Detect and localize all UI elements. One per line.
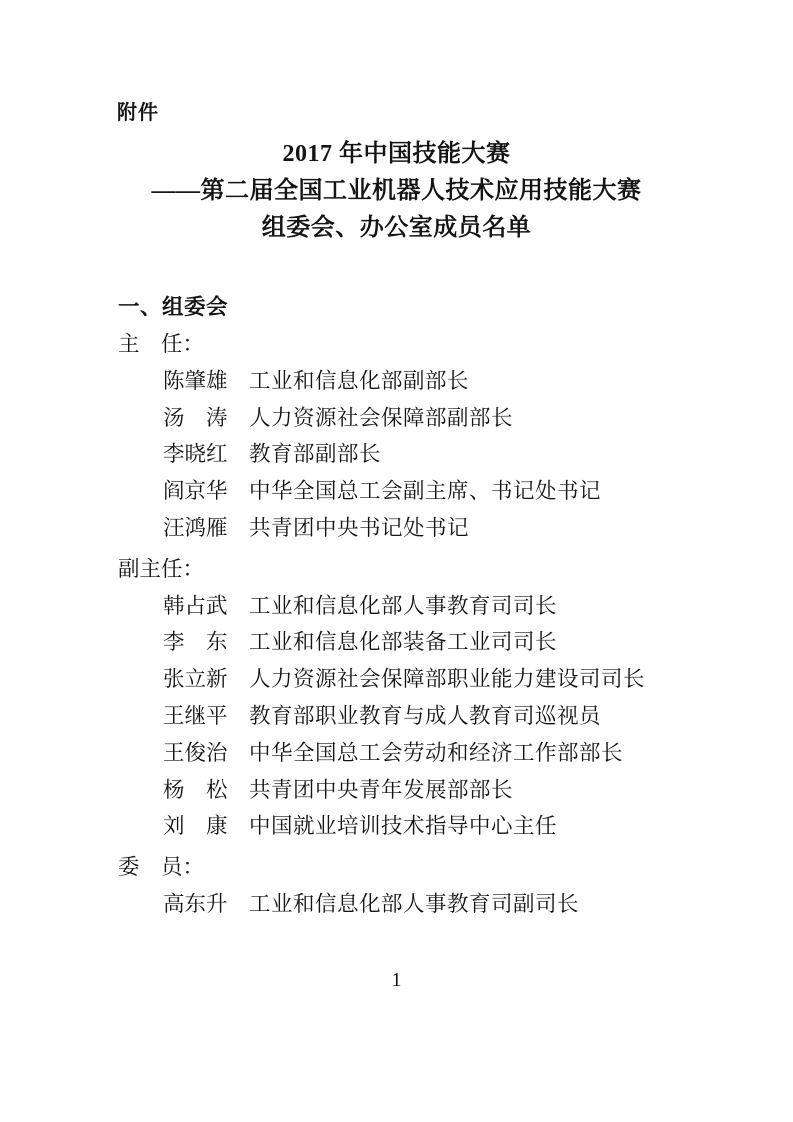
member-name: 王俊治 xyxy=(163,735,229,772)
member-name: 陈肇雄 xyxy=(163,363,229,400)
member-name: 汤 涛 xyxy=(163,400,229,437)
member-title: 中华全国总工会副主席、书记处书记 xyxy=(249,479,601,503)
member-list: 韩占武工业和信息化部人事教育司司长 李 东工业和信息化部装备工业司司长 张立新人… xyxy=(118,588,678,846)
member-name: 李 东 xyxy=(163,624,229,661)
section-heading: 一、组委会 xyxy=(118,292,228,322)
member-title: 中国就业培训技术指导中心主任 xyxy=(249,814,557,838)
member-row: 汤 涛人力资源社会保障部副部长 xyxy=(118,400,678,437)
member-title: 人力资源社会保障部副部长 xyxy=(249,406,513,430)
member-row: 韩占武工业和信息化部人事教育司司长 xyxy=(118,588,678,625)
member-name: 高东升 xyxy=(163,886,229,923)
page-number: 1 xyxy=(0,966,793,994)
member-title: 工业和信息化部装备工业司司长 xyxy=(249,630,557,654)
title-line-2: ——第二届全国工业机器人技术应用技能大赛 xyxy=(0,173,793,210)
member-name: 张立新 xyxy=(163,661,229,698)
role-label: 副主任： xyxy=(118,551,678,588)
member-name: 杨 松 xyxy=(163,772,229,809)
title-line-3: 组委会、办公室成员名单 xyxy=(0,210,793,247)
member-row: 汪鸿雁共青团中央书记处书记 xyxy=(118,510,678,547)
member-title: 教育部副部长 xyxy=(249,442,381,466)
member-name: 李晓红 xyxy=(163,436,229,473)
role-group: 委 员： 高东升工业和信息化部人事教育司副司长 xyxy=(118,849,678,923)
member-row: 刘 康中国就业培训技术指导中心主任 xyxy=(118,808,678,845)
member-row: 李晓红教育部副部长 xyxy=(118,436,678,473)
member-title: 教育部职业教育与成人教育司巡视员 xyxy=(249,704,601,728)
committee-roster: 主 任： 陈肇雄工业和信息化部副部长 汤 涛人力资源社会保障部副部长 李晓红教育… xyxy=(118,326,678,923)
member-name: 刘 康 xyxy=(163,808,229,845)
member-title: 共青团中央书记处书记 xyxy=(249,516,469,540)
title-line-1: 2017 年中国技能大赛 xyxy=(0,136,793,173)
document-page: 附件 2017 年中国技能大赛 ——第二届全国工业机器人技术应用技能大赛 组委会… xyxy=(0,0,793,1122)
role-label: 主 任： xyxy=(118,326,678,363)
member-row: 高东升工业和信息化部人事教育司副司长 xyxy=(118,886,678,923)
member-name: 阎京华 xyxy=(163,473,229,510)
member-row: 张立新人力资源社会保障部职业能力建设司司长 xyxy=(118,661,678,698)
member-row: 王俊治中华全国总工会劳动和经济工作部部长 xyxy=(118,735,678,772)
attachment-label: 附件 xyxy=(117,99,159,127)
member-title: 人力资源社会保障部职业能力建设司司长 xyxy=(249,667,645,691)
role-label: 委 员： xyxy=(118,849,678,886)
document-title: 2017 年中国技能大赛 ——第二届全国工业机器人技术应用技能大赛 组委会、办公… xyxy=(0,136,793,247)
member-title: 共青团中央青年发展部部长 xyxy=(249,778,513,802)
member-name: 汪鸿雁 xyxy=(163,510,229,547)
member-name: 王继平 xyxy=(163,698,229,735)
member-list: 高东升工业和信息化部人事教育司副司长 xyxy=(118,886,678,923)
member-row: 李 东工业和信息化部装备工业司司长 xyxy=(118,624,678,661)
role-group: 副主任： 韩占武工业和信息化部人事教育司司长 李 东工业和信息化部装备工业司司长… xyxy=(118,551,678,845)
member-row: 阎京华中华全国总工会副主席、书记处书记 xyxy=(118,473,678,510)
member-list: 陈肇雄工业和信息化部副部长 汤 涛人力资源社会保障部副部长 李晓红教育部副部长 … xyxy=(118,363,678,547)
member-name: 韩占武 xyxy=(163,588,229,625)
member-title: 中华全国总工会劳动和经济工作部部长 xyxy=(249,741,623,765)
role-group: 主 任： 陈肇雄工业和信息化部副部长 汤 涛人力资源社会保障部副部长 李晓红教育… xyxy=(118,326,678,547)
member-title: 工业和信息化部人事教育司司长 xyxy=(249,594,557,618)
member-title: 工业和信息化部人事教育司副司长 xyxy=(249,892,579,916)
member-row: 陈肇雄工业和信息化部副部长 xyxy=(118,363,678,400)
member-title: 工业和信息化部副部长 xyxy=(249,369,469,393)
member-row: 王继平教育部职业教育与成人教育司巡视员 xyxy=(118,698,678,735)
member-row: 杨 松共青团中央青年发展部部长 xyxy=(118,772,678,809)
